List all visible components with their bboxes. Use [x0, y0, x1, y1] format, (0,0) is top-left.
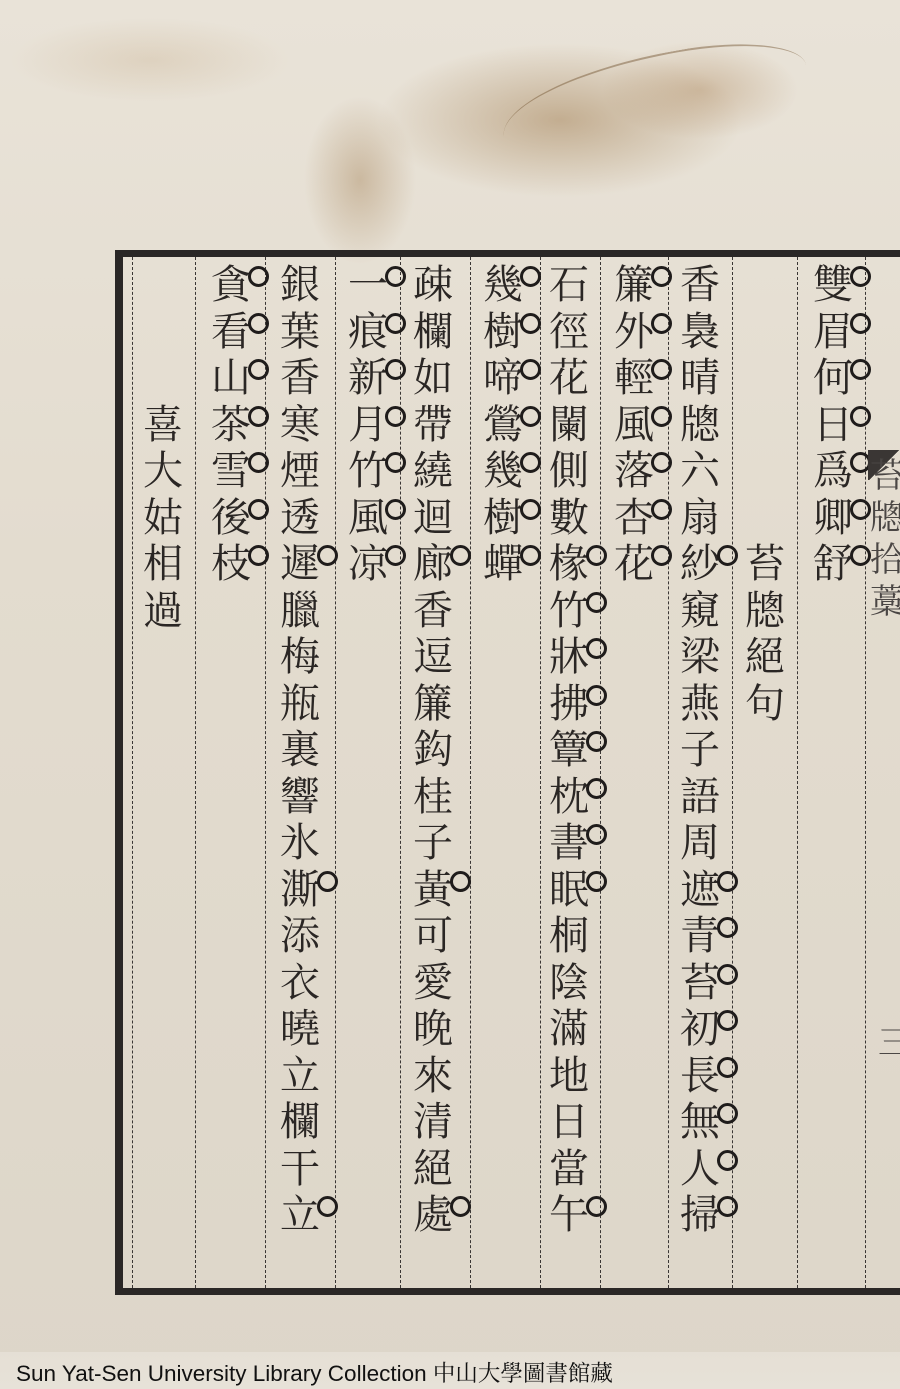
character: 來 [405, 1053, 461, 1100]
character: 清 [405, 1099, 461, 1146]
collection-credit: Sun Yat-Sen University Library Collectio… [16, 1356, 613, 1388]
circled-character: 枝 [203, 541, 259, 588]
circled-character: 長 [672, 1053, 728, 1100]
circled-character: 舒 [805, 541, 861, 588]
character: 扇 [672, 495, 728, 542]
character: 過 [135, 588, 191, 635]
character: 苔 [737, 541, 793, 588]
character: 喜 [135, 402, 191, 449]
character: 煙 [272, 448, 328, 495]
character: 如 [405, 355, 461, 402]
character: 數 [541, 495, 597, 542]
character: 周 [672, 820, 728, 867]
circled-character: 後 [203, 495, 259, 542]
circled-character: 竹 [541, 588, 597, 635]
circled-character: 無 [672, 1099, 728, 1146]
character: 干 [272, 1146, 328, 1193]
column-rule [195, 257, 196, 1288]
character: 梅 [272, 634, 328, 681]
verse-column: 銀葉香寒煙透遲臘梅瓶裏響氷澌添衣曉立欄干立 [272, 262, 328, 1239]
character: 可 [405, 913, 461, 960]
character: 桂 [405, 774, 461, 821]
column-rule [732, 257, 733, 1288]
character: 梁 [672, 634, 728, 681]
circled-character: 眉 [805, 309, 861, 356]
character: 香 [272, 355, 328, 402]
character: 逗 [405, 634, 461, 681]
character: 疎 [405, 262, 461, 309]
circled-character: 午 [541, 1192, 597, 1239]
circled-character: 風 [340, 495, 396, 542]
character: 陰 [541, 960, 597, 1007]
page-number: 三 [878, 1015, 900, 1064]
character: 徑 [541, 309, 597, 356]
character: 裊 [672, 309, 728, 356]
circled-character: 幾 [475, 262, 531, 309]
character: 燕 [672, 681, 728, 728]
character: 地 [541, 1053, 597, 1100]
character: 石 [541, 262, 597, 309]
circled-character: 處 [405, 1192, 461, 1239]
verse-column: 石徑花闌側數椽竹牀拂簟枕書眠桐陰滿地日當午 [541, 262, 597, 1239]
circled-character: 山 [203, 355, 259, 402]
circled-character: 苔 [672, 960, 728, 1007]
character: 添 [272, 913, 328, 960]
character: 衣 [272, 960, 328, 1007]
circled-character: 簾 [606, 262, 662, 309]
character: 牕 [672, 402, 728, 449]
circled-character: 花 [606, 541, 662, 588]
column-rule [132, 257, 133, 1288]
character: 帶 [405, 402, 461, 449]
character: 桐 [541, 913, 597, 960]
character: 當 [541, 1146, 597, 1193]
circled-character: 新 [340, 355, 396, 402]
character: 迴 [405, 495, 461, 542]
circled-character: 黃 [405, 867, 461, 914]
circled-character: 鶯 [475, 402, 531, 449]
circled-character: 輕 [606, 355, 662, 402]
character: 寒 [272, 402, 328, 449]
character: 闌 [541, 402, 597, 449]
character: 葉 [272, 309, 328, 356]
character: 立 [272, 1053, 328, 1100]
character: 六 [672, 448, 728, 495]
circled-character: 書 [541, 820, 597, 867]
circled-character: 爲 [805, 448, 861, 495]
character: 滿 [541, 1006, 597, 1053]
character: 欄 [272, 1099, 328, 1146]
circled-character: 風 [606, 402, 662, 449]
verse-column: 簾外輕風落杏花 [606, 262, 662, 588]
character: 鈎 [405, 727, 461, 774]
character: 姑 [135, 495, 191, 542]
circled-character: 枕 [541, 774, 597, 821]
verse-column: 貪看山茶雪後枝 [203, 262, 259, 588]
circled-character: 雪 [203, 448, 259, 495]
circled-character: 掃 [672, 1192, 728, 1239]
character: 氷 [272, 820, 328, 867]
column-rule [470, 257, 471, 1288]
character: 子 [405, 820, 461, 867]
circled-character: 茶 [203, 402, 259, 449]
character: 側 [541, 448, 597, 495]
character: 語 [672, 774, 728, 821]
poem-title-column: 苔牕絕句 [737, 541, 793, 727]
poem-title-column: 喜大姑相過 [135, 402, 191, 635]
fold-title-character: 拾 [870, 539, 900, 581]
character: 花 [541, 355, 597, 402]
circled-character: 立 [272, 1192, 328, 1239]
circled-character: 青 [672, 913, 728, 960]
circled-character: 凉 [340, 541, 396, 588]
circled-character: 蟬 [475, 541, 531, 588]
fold-title-character: 牕 [870, 497, 900, 539]
character: 瓶 [272, 681, 328, 728]
character: 繞 [405, 448, 461, 495]
character: 曉 [272, 1006, 328, 1053]
circled-character: 拂 [541, 681, 597, 728]
circled-character: 人 [672, 1146, 728, 1193]
circled-character: 牀 [541, 634, 597, 681]
character: 絕 [737, 634, 793, 681]
character: 愛 [405, 960, 461, 1007]
character: 晴 [672, 355, 728, 402]
circled-character: 卿 [805, 495, 861, 542]
circled-character: 簟 [541, 727, 597, 774]
circled-character: 月 [340, 402, 396, 449]
verse-column: 一痕新月竹風凉 [340, 262, 396, 588]
character: 子 [672, 727, 728, 774]
fold-title-character: 苔 [870, 455, 900, 497]
circled-character: 樹 [475, 309, 531, 356]
circled-character: 樹 [475, 495, 531, 542]
character: 臘 [272, 588, 328, 635]
character: 牕 [737, 588, 793, 635]
character: 裏 [272, 727, 328, 774]
column-rule [797, 257, 798, 1288]
fold-title-character: 藁 [870, 581, 900, 623]
column-rule [335, 257, 336, 1288]
character: 句 [737, 681, 793, 728]
circled-character: 椽 [541, 541, 597, 588]
character: 簾 [405, 681, 461, 728]
circled-character: 幾 [475, 448, 531, 495]
circled-character: 外 [606, 309, 662, 356]
character: 窺 [672, 588, 728, 635]
verse-column: 香裊晴牕六扇紗窺梁燕子語周遮青苔初長無人掃 [672, 262, 728, 1239]
circled-character: 落 [606, 448, 662, 495]
character: 銀 [272, 262, 328, 309]
verse-column: 幾樹啼鶯幾樹蟬 [475, 262, 531, 588]
circled-character: 初 [672, 1006, 728, 1053]
circled-character: 何 [805, 355, 861, 402]
verse-column: 疎欄如帶繞迴廊香逗簾鈎桂子黃可愛晚來清絕處 [405, 262, 461, 1239]
circled-character: 看 [203, 309, 259, 356]
circled-character: 眠 [541, 867, 597, 914]
character: 相 [135, 541, 191, 588]
character: 透 [272, 495, 328, 542]
circled-character: 紗 [672, 541, 728, 588]
character: 日 [541, 1099, 597, 1146]
column-rule [600, 257, 601, 1288]
circled-character: 遲 [272, 541, 328, 588]
circled-character: 遮 [672, 867, 728, 914]
circled-character: 澌 [272, 867, 328, 914]
circled-character: 竹 [340, 448, 396, 495]
character: 大 [135, 448, 191, 495]
circled-character: 一 [340, 262, 396, 309]
verse-column: 雙眉何日爲卿舒 [805, 262, 861, 588]
character: 欄 [405, 309, 461, 356]
circled-character: 痕 [340, 309, 396, 356]
character: 響 [272, 774, 328, 821]
character: 晚 [405, 1006, 461, 1053]
character: 絕 [405, 1146, 461, 1193]
circled-character: 日 [805, 402, 861, 449]
circled-character: 貪 [203, 262, 259, 309]
circled-character: 杏 [606, 495, 662, 542]
fold-column-title: 苔牕拾藁 [870, 455, 900, 623]
character: 香 [672, 262, 728, 309]
circled-character: 廊 [405, 541, 461, 588]
circled-character: 雙 [805, 262, 861, 309]
circled-character: 啼 [475, 355, 531, 402]
character: 香 [405, 588, 461, 635]
